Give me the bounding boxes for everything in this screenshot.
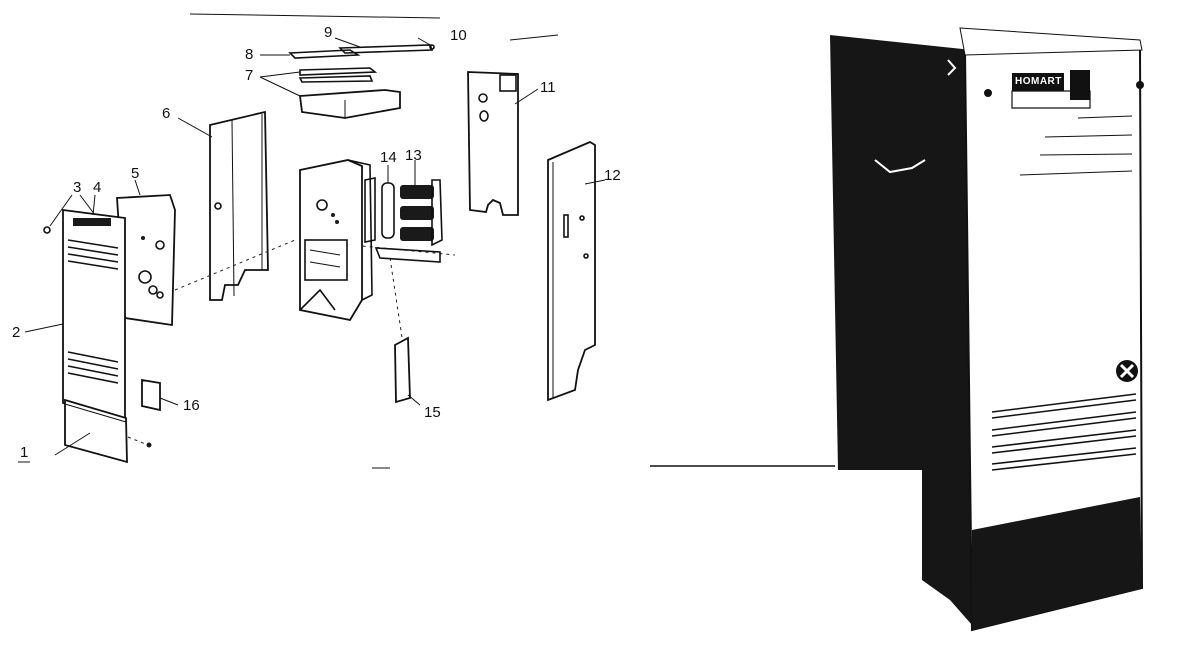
- callout-6: 6: [162, 106, 170, 121]
- part-13-burner: [376, 160, 442, 262]
- assembled-heater: [830, 28, 1144, 630]
- part-2-front-panel: [25, 195, 125, 420]
- callout-7: 7: [245, 68, 253, 83]
- callout-14: 14: [380, 150, 397, 165]
- callout-13: 13: [405, 148, 422, 163]
- callout-4: 4: [93, 180, 101, 195]
- central-firebox: [300, 160, 375, 320]
- callout-10: 10: [450, 28, 467, 43]
- part-14-gasket: [382, 165, 394, 238]
- scan-line: [190, 14, 440, 18]
- part-8-9-10-rail: [260, 38, 434, 58]
- part-11-back-panel: [468, 72, 538, 215]
- exploded-parts-diagram: HOMART 1 2 3 4 5 6 7 8 9 10 11 12 13 14 …: [0, 0, 1200, 656]
- part-12-right-side-panel: [548, 142, 605, 400]
- callout-3: 3: [73, 180, 81, 195]
- callout-9: 9: [324, 25, 332, 40]
- scan-line: [510, 35, 558, 40]
- callout-11: 11: [540, 80, 556, 95]
- part-15-shield: [395, 338, 420, 405]
- part-16-label-plate: [142, 380, 178, 410]
- diagram-drawing: [0, 0, 1200, 656]
- part-1-lower-panel: [18, 400, 152, 462]
- callout-1: 1: [20, 445, 28, 460]
- callout-2: 2: [12, 325, 20, 340]
- callout-8: 8: [245, 47, 253, 62]
- brand-plate: HOMART: [1015, 76, 1062, 87]
- callout-5: 5: [131, 166, 139, 181]
- callout-16: 16: [183, 398, 200, 413]
- part-6-side-panel: [178, 112, 268, 300]
- part-7-baffle: [260, 68, 400, 118]
- callout-15: 15: [424, 405, 441, 420]
- callout-12: 12: [604, 168, 621, 183]
